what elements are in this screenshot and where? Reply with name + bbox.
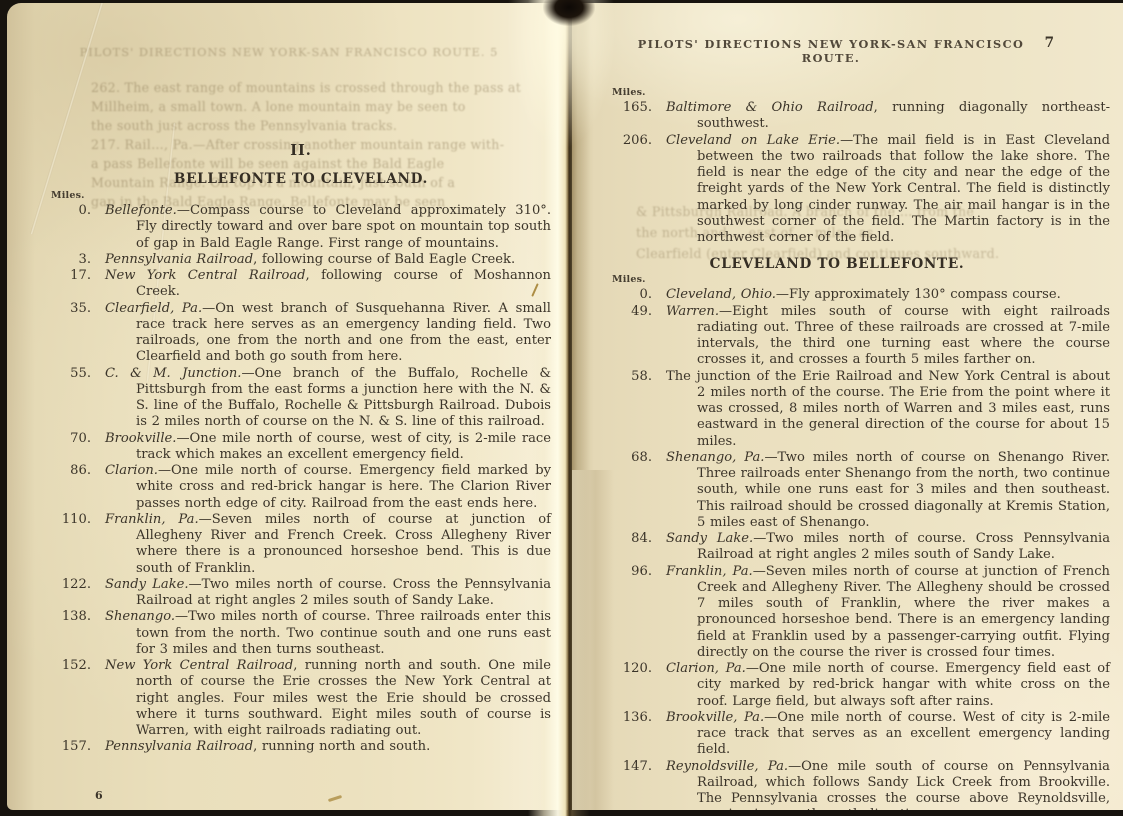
entry-text: The junction of the Erie Railroad and Ne… — [666, 369, 1110, 450]
entry-place-name: New York Central Railroad — [105, 658, 293, 673]
entry-mileage: 110. — [51, 512, 105, 577]
entry-mileage: 206. — [612, 133, 666, 247]
entry-text: Shenango.—Two miles north of course. Thr… — [105, 609, 551, 658]
entry-mileage: 86. — [51, 463, 105, 512]
route-entry: 165. Baltimore & Ohio Railroad, running … — [612, 100, 1110, 133]
entry-place-name: Cleveland, Ohio. — [666, 287, 776, 302]
entry-mileage: 147. — [612, 759, 666, 811]
entry-description: —Two miles north of course. Cross the Pe… — [136, 577, 551, 608]
entry-place-name: Warren. — [666, 304, 719, 319]
entry-place-name: New York Central Railroad — [105, 268, 306, 283]
route-entry: 110. Franklin, Pa.—Seven miles north of … — [51, 512, 551, 577]
entry-text: Warren.—Eight miles south of course with… — [666, 304, 1110, 369]
entry-text: Clearfield, Pa.—On west branch of Susque… — [105, 301, 551, 366]
entry-mileage: 58. — [612, 369, 666, 450]
route-entry: 58. The junction of the Erie Railroad an… — [612, 369, 1110, 450]
entry-mileage: 35. — [51, 301, 105, 366]
entry-place-name: Shenango, Pa. — [666, 450, 764, 465]
page-number-right: 7 — [1045, 36, 1054, 50]
left-page-content: II. BELLEFONTE TO CLEVELAND. Miles. 0. B… — [51, 143, 551, 756]
route-entry: 3. Pennsylvania Railroad, following cour… — [51, 252, 551, 268]
entry-place-name: Brookville, Pa. — [666, 710, 764, 725]
entry-place-name: Clarion, Pa. — [666, 661, 746, 676]
route-entry: 49. Warren.—Eight miles south of course … — [612, 304, 1110, 369]
entry-description: —Fly approximately 130° compass course. — [776, 287, 1061, 302]
entry-description: —One mile north of course, west of city,… — [136, 431, 551, 462]
page-number-left: 6 — [95, 789, 103, 802]
entry-place-name: Sandy Lake. — [105, 577, 189, 592]
entry-mileage: 84. — [612, 531, 666, 564]
entry-place-name: Clearfield, Pa. — [105, 301, 202, 316]
entry-description: —Seven miles north of course at junction… — [136, 512, 551, 576]
entry-text: New York Central Railroad, running north… — [105, 658, 551, 739]
route-entry: 86. Clarion.—One mile north of course. E… — [51, 463, 551, 512]
entry-text: Brookville.—One mile north of course, we… — [105, 431, 551, 464]
entry-place-name: Sandy Lake. — [666, 531, 753, 546]
entry-text: Pennsylvania Railroad, following course … — [105, 252, 551, 268]
route-entry: 96. Franklin, Pa.—Seven miles north of c… — [612, 564, 1110, 662]
entry-mileage: 136. — [612, 710, 666, 759]
entry-mileage: 70. — [51, 431, 105, 464]
entry-mileage: 152. — [51, 658, 105, 739]
entry-mileage: 3. — [51, 252, 105, 268]
entry-description: —The mail field is in East Cleveland bet… — [697, 133, 1110, 246]
entry-text: Clarion, Pa.—One mile north of course. E… — [666, 661, 1110, 710]
entry-mileage: 55. — [51, 366, 105, 431]
entry-text: C. & M. Junction.—One branch of the Buff… — [105, 366, 551, 431]
route-entry: 17. New York Central Railroad, following… — [51, 268, 551, 301]
entry-mileage: 96. — [612, 564, 666, 662]
entry-description: , following course of Bald Eagle Creek. — [253, 252, 515, 267]
book-scan-spread: PILOTS' DIRECTIONS NEW YORK-SAN FRANCISC… — [0, 0, 1123, 816]
right-page: & Pittsburgh Railroad. A branch of the …… — [572, 3, 1123, 810]
entry-mileage: 49. — [612, 304, 666, 369]
entry-place-name: Pennsylvania Railroad — [105, 739, 253, 754]
running-header: PILOTS' DIRECTIONS NEW YORK-SAN FRANCISC… — [612, 37, 1110, 65]
entry-place-name: C. & M. Junction. — [105, 366, 241, 381]
entry-description: —Eight miles south of course with eight … — [697, 304, 1110, 368]
ghost-running-header: PILOTS' DIRECTIONS NEW YORK-SAN FRANCISC… — [43, 43, 535, 62]
running-header-text: PILOTS' DIRECTIONS NEW YORK-SAN FRANCISC… — [638, 37, 1024, 65]
entry-description: —Two miles north of course. Three railro… — [136, 609, 551, 657]
entry-place-name: Clarion. — [105, 463, 158, 478]
entry-place-name: Franklin, Pa. — [105, 512, 199, 527]
miles-column-label: Miles. — [51, 190, 551, 201]
route-entry: 0. Cleveland, Ohio.—Fly approximately 13… — [612, 287, 1110, 303]
route-entry: 206. Cleveland on Lake Erie.—The mail fi… — [612, 133, 1110, 247]
section-title-cleveland-to-bellefonte: CLEVELAND TO BELLEFONTE. — [612, 256, 1110, 272]
entry-place-name: Cleveland on Lake Erie. — [666, 133, 840, 148]
entry-place-name: Reynoldsville, Pa. — [666, 759, 788, 774]
route-entry: 84. Sandy Lake.—Two miles north of cours… — [612, 531, 1110, 564]
route-entry: 157. Pennsylvania Railroad, running nort… — [51, 739, 551, 755]
route-entry-list: 0. Cleveland, Ohio.—Fly approximately 13… — [612, 287, 1110, 810]
entry-text: Franklin, Pa.—Seven miles north of cours… — [105, 512, 551, 577]
entry-text: New York Central Railroad, following cou… — [105, 268, 551, 301]
entry-description: The junction of the Erie Railroad and Ne… — [666, 369, 1110, 449]
route-entry: 152. New York Central Railroad, running … — [51, 658, 551, 739]
entry-mileage: 0. — [612, 287, 666, 303]
miles-column-label: Miles. — [612, 274, 1110, 285]
right-page-content: PILOTS' DIRECTIONS NEW YORK-SAN FRANCISC… — [612, 37, 1110, 810]
entry-text: Franklin, Pa.—Seven miles north of cours… — [666, 564, 1110, 662]
entry-place-name: Baltimore & Ohio Railroad — [666, 100, 874, 115]
route-entry: 68. Shenango, Pa.—Two miles north of cou… — [612, 450, 1110, 531]
ghost-bleedthrough-line: Millheim, a small town. A lone mountain … — [43, 97, 535, 116]
left-page: PILOTS' DIRECTIONS NEW YORK-SAN FRANCISC… — [7, 3, 568, 810]
route-entry: 70. Brookville.—One mile north of course… — [51, 431, 551, 464]
chapter-number: II. — [51, 143, 551, 159]
route-entry: 120. Clarion, Pa.—One mile north of cour… — [612, 661, 1110, 710]
miles-column-label: Miles. — [612, 87, 1110, 98]
route-entry: 136. Brookville, Pa.—One mile north of c… — [612, 710, 1110, 759]
entry-description: —Compass course to Cleveland approximate… — [136, 203, 551, 251]
entry-text: Cleveland on Lake Erie.—The mail field i… — [666, 133, 1110, 247]
entry-description: —Seven miles north of course at junction… — [697, 564, 1110, 660]
entry-place-name: Pennsylvania Railroad — [105, 252, 253, 267]
route-entry: 0. Bellefonte.—Compass course to Clevela… — [51, 203, 551, 252]
entry-mileage: 157. — [51, 739, 105, 755]
entry-text: Pennsylvania Railroad, running north and… — [105, 739, 551, 755]
entry-text: Reynoldsville, Pa.—One mile south of cou… — [666, 759, 1110, 811]
entry-place-name: Franklin, Pa. — [666, 564, 753, 579]
entry-place-name: Brookville. — [105, 431, 176, 446]
entry-text: Sandy Lake.—Two miles north of course. C… — [105, 577, 551, 610]
entry-mileage: 17. — [51, 268, 105, 301]
entry-text: Baltimore & Ohio Railroad, running diago… — [666, 100, 1110, 133]
entry-mileage: 0. — [51, 203, 105, 252]
ghost-bleedthrough-line: 262. The east range of mountains is cros… — [43, 78, 535, 97]
route-entry: 35. Clearfield, Pa.—On west branch of Su… — [51, 301, 551, 366]
entry-mileage: 138. — [51, 609, 105, 658]
entry-description: —One mile north of course. Emergency fie… — [697, 661, 1110, 709]
entry-description: —One mile north of course. Emergency fie… — [136, 463, 551, 511]
entry-place-name: Bellefonte. — [105, 203, 177, 218]
entry-text: Shenango, Pa.—Two miles north of course … — [666, 450, 1110, 531]
entry-mileage: 165. — [612, 100, 666, 133]
entry-text: Sandy Lake.—Two miles north of course. C… — [666, 531, 1110, 564]
entry-mileage: 122. — [51, 577, 105, 610]
entry-place-name: Shenango. — [105, 609, 175, 624]
entry-description: —Two miles north of course. Cross Pennsy… — [697, 531, 1110, 562]
entry-mileage: 120. — [612, 661, 666, 710]
route-entry-list: 165. Baltimore & Ohio Railroad, running … — [612, 100, 1110, 246]
route-entry: 147. Reynoldsville, Pa.—One mile south o… — [612, 759, 1110, 811]
ghost-bleedthrough-line: the south just across the Pennsylvania t… — [43, 116, 535, 135]
route-entry-list: 0. Bellefonte.—Compass course to Clevela… — [51, 203, 551, 756]
entry-text: Bellefonte.—Compass course to Cleveland … — [105, 203, 551, 252]
route-entry: 122. Sandy Lake.—Two miles north of cour… — [51, 577, 551, 610]
entry-description: , running north and south. — [253, 739, 430, 754]
entry-text: Brookville, Pa.—One mile north of course… — [666, 710, 1110, 759]
route-entry: 138. Shenango.—Two miles north of course… — [51, 609, 551, 658]
route-entry: 55. C. & M. Junction.—One branch of the … — [51, 366, 551, 431]
entry-text: Clarion.—One mile north of course. Emerg… — [105, 463, 551, 512]
entry-text: Cleveland, Ohio.—Fly approximately 130° … — [666, 287, 1110, 303]
section-title-bellefonte-to-cleveland: BELLEFONTE TO CLEVELAND. — [51, 171, 551, 187]
entry-mileage: 68. — [612, 450, 666, 531]
